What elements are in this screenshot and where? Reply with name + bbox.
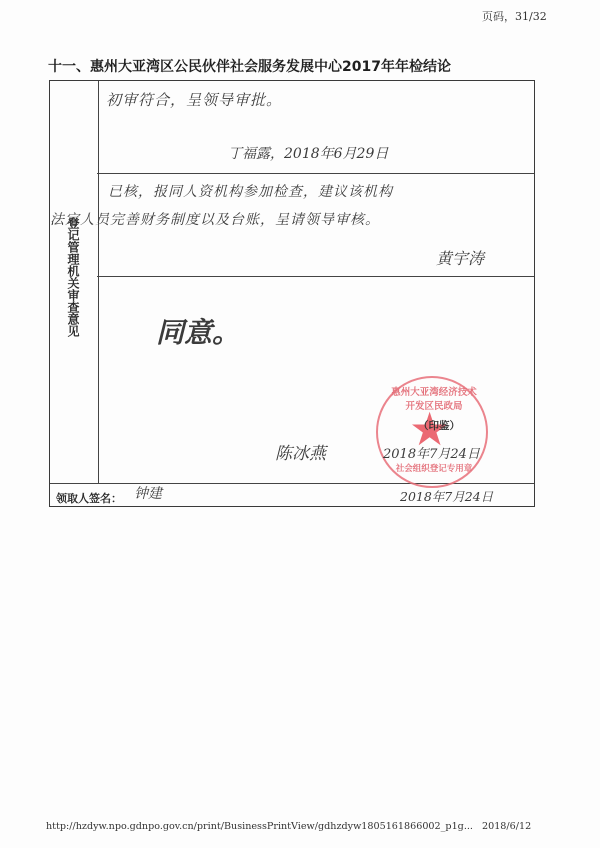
seal-label: （印鉴） (418, 418, 460, 433)
footer-date: 2018/6/12 (482, 821, 531, 832)
footer-url: http://hzdyw.npo.gdnpo.gov.cn/print/Busi… (46, 821, 473, 832)
row-divider (97, 276, 534, 277)
review-label: 登记管理机关审查意见 (64, 217, 80, 337)
first-review-signature: 丁福露，2018年6月29日 (228, 143, 388, 163)
second-review-comment-line1: 已核，报同人资机构参加检查，建议该机构 (108, 181, 393, 201)
second-review-comment-line2: 法定人员完善财务制度以及台账，呈请领导审核。 (50, 209, 380, 229)
receiver-signature: 钟建 (134, 483, 162, 503)
receiver-label: 领取人签名： (56, 490, 122, 506)
receiver-date: 2018年7月24日 (400, 487, 493, 505)
seal-text-bottom: 社会组织登记专用章 (388, 462, 480, 474)
final-review-comment: 同意。 (156, 311, 240, 351)
row-divider (97, 173, 534, 174)
page-number: 页码，31/32 (482, 8, 547, 24)
first-review-comment: 初审符合，呈领导审批。 (106, 89, 282, 110)
final-review-signature: 陈冰燕 (275, 439, 326, 464)
row-divider (50, 483, 534, 484)
section-title: 十一、惠州大亚湾区公民伙伴社会服务发展中心2017年年检结论 (48, 56, 451, 76)
review-table: 登记管理机关审查意见 初审符合，呈领导审批。 丁福露，2018年6月29日 已核… (49, 80, 535, 507)
second-review-signature: 黄宇涛 (436, 246, 484, 269)
label-column: 登记管理机关审查意见 (50, 81, 99, 484)
final-review-date: 2018年7月24日 (383, 443, 480, 462)
